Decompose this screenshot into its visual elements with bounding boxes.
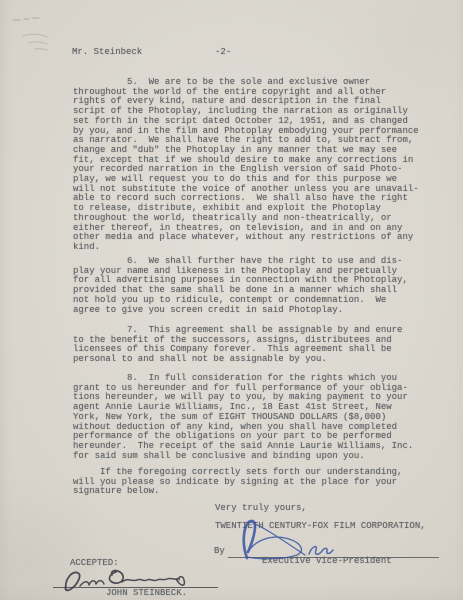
- executive-signature-icon: [235, 516, 340, 562]
- closing-paragraph: If the foregoing correctly sets forth ou…: [73, 468, 402, 497]
- by-label: By: [214, 547, 225, 557]
- paragraph-8: 8. In full consideration for the rights …: [73, 374, 413, 461]
- header-recipient: Mr. Steinbeck: [72, 48, 142, 58]
- typed-signatory-name: JOHN STEINBECK.: [106, 589, 187, 599]
- paragraph-6: 6. We shall further have the right to us…: [73, 257, 408, 315]
- document-photo: Mr. Steinbeck -2- 5. We are to be the so…: [0, 0, 463, 600]
- page-number: -2-: [215, 48, 231, 58]
- valediction: Very truly yours,: [215, 504, 307, 514]
- paragraph-5: 5. We are to be the sole and exclusive o…: [73, 78, 419, 253]
- paragraph-7: 7. This agreement shall be assignable by…: [73, 326, 402, 365]
